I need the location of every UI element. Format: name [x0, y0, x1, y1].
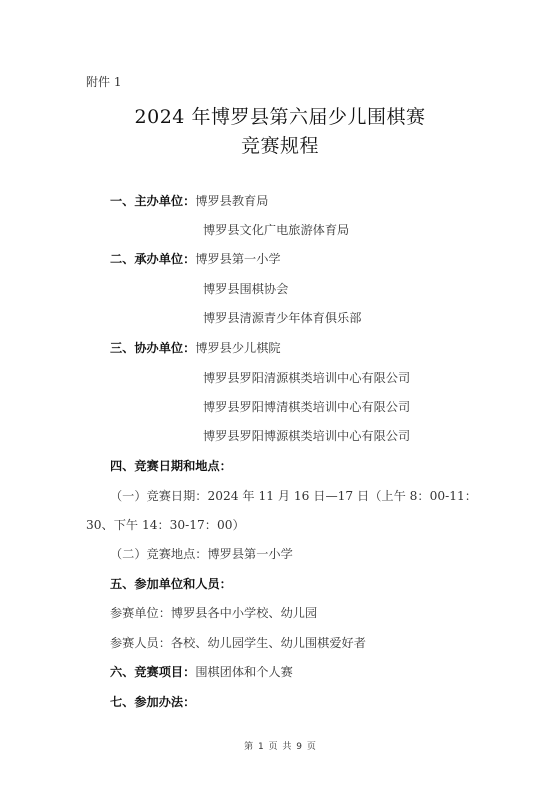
section-value: 围棋团体和个人赛	[195, 665, 293, 679]
document-subtitle: 竞赛规程	[0, 131, 560, 158]
section-value: 博罗县第一小学	[195, 252, 280, 266]
section-label: 一、主办单位：	[110, 194, 195, 208]
section-value: 博罗县围棋协会	[203, 280, 288, 297]
competition-venue: （二）竞赛地点：博罗县第一小学	[110, 545, 293, 562]
section-value: 博罗县罗阳博清棋类培训中心有限公司	[203, 398, 410, 415]
section-date-venue-heading: 四、竞赛日期和地点：	[110, 457, 232, 474]
section-label: 二、承办单位：	[110, 252, 195, 266]
page-number-footer: 第 1 页 共 9 页	[0, 739, 560, 752]
section-label: 六、竞赛项目：	[110, 665, 195, 679]
participant-units: 参赛单位：博罗县各中小学校、幼儿园	[110, 604, 317, 621]
document-page: 附件 1 2024 年博罗县第六届少儿围棋赛 竞赛规程 一、主办单位：博罗县教育…	[0, 0, 560, 793]
section-participation-method-heading: 七、参加办法：	[110, 693, 195, 710]
section-value: 博罗县罗阳清源棋类培训中心有限公司	[203, 369, 410, 386]
section-value: 博罗县少儿棋院	[195, 341, 280, 355]
section-participants-heading: 五、参加单位和人员：	[110, 575, 232, 592]
section-value: 博罗县罗阳博源棋类培训中心有限公司	[203, 427, 410, 444]
document-title: 2024 年博罗县第六届少儿围棋赛	[0, 102, 560, 129]
section-host: 二、承办单位：博罗县第一小学	[110, 250, 281, 267]
section-label: 三、协办单位：	[110, 341, 195, 355]
competition-date-line2: 30、下午 14：30-17：00）	[86, 516, 245, 533]
section-value: 博罗县文化广电旅游体育局	[203, 221, 349, 238]
attachment-label: 附件 1	[86, 73, 121, 90]
section-events: 六、竞赛项目：围棋团体和个人赛	[110, 663, 293, 680]
section-value: 博罗县清源青少年体育俱乐部	[203, 309, 361, 326]
section-value: 博罗县教育局	[195, 194, 268, 208]
participant-people: 参赛人员：各校、幼儿园学生、幼儿围棋爱好者	[110, 634, 366, 651]
competition-date-line1: （一）竞赛日期：2024 年 11 月 16 日—17 日（上午 8：00-11…	[110, 487, 477, 504]
section-co-organizer: 三、协办单位：博罗县少儿棋院	[110, 339, 281, 356]
section-organizer: 一、主办单位：博罗县教育局	[110, 192, 268, 209]
